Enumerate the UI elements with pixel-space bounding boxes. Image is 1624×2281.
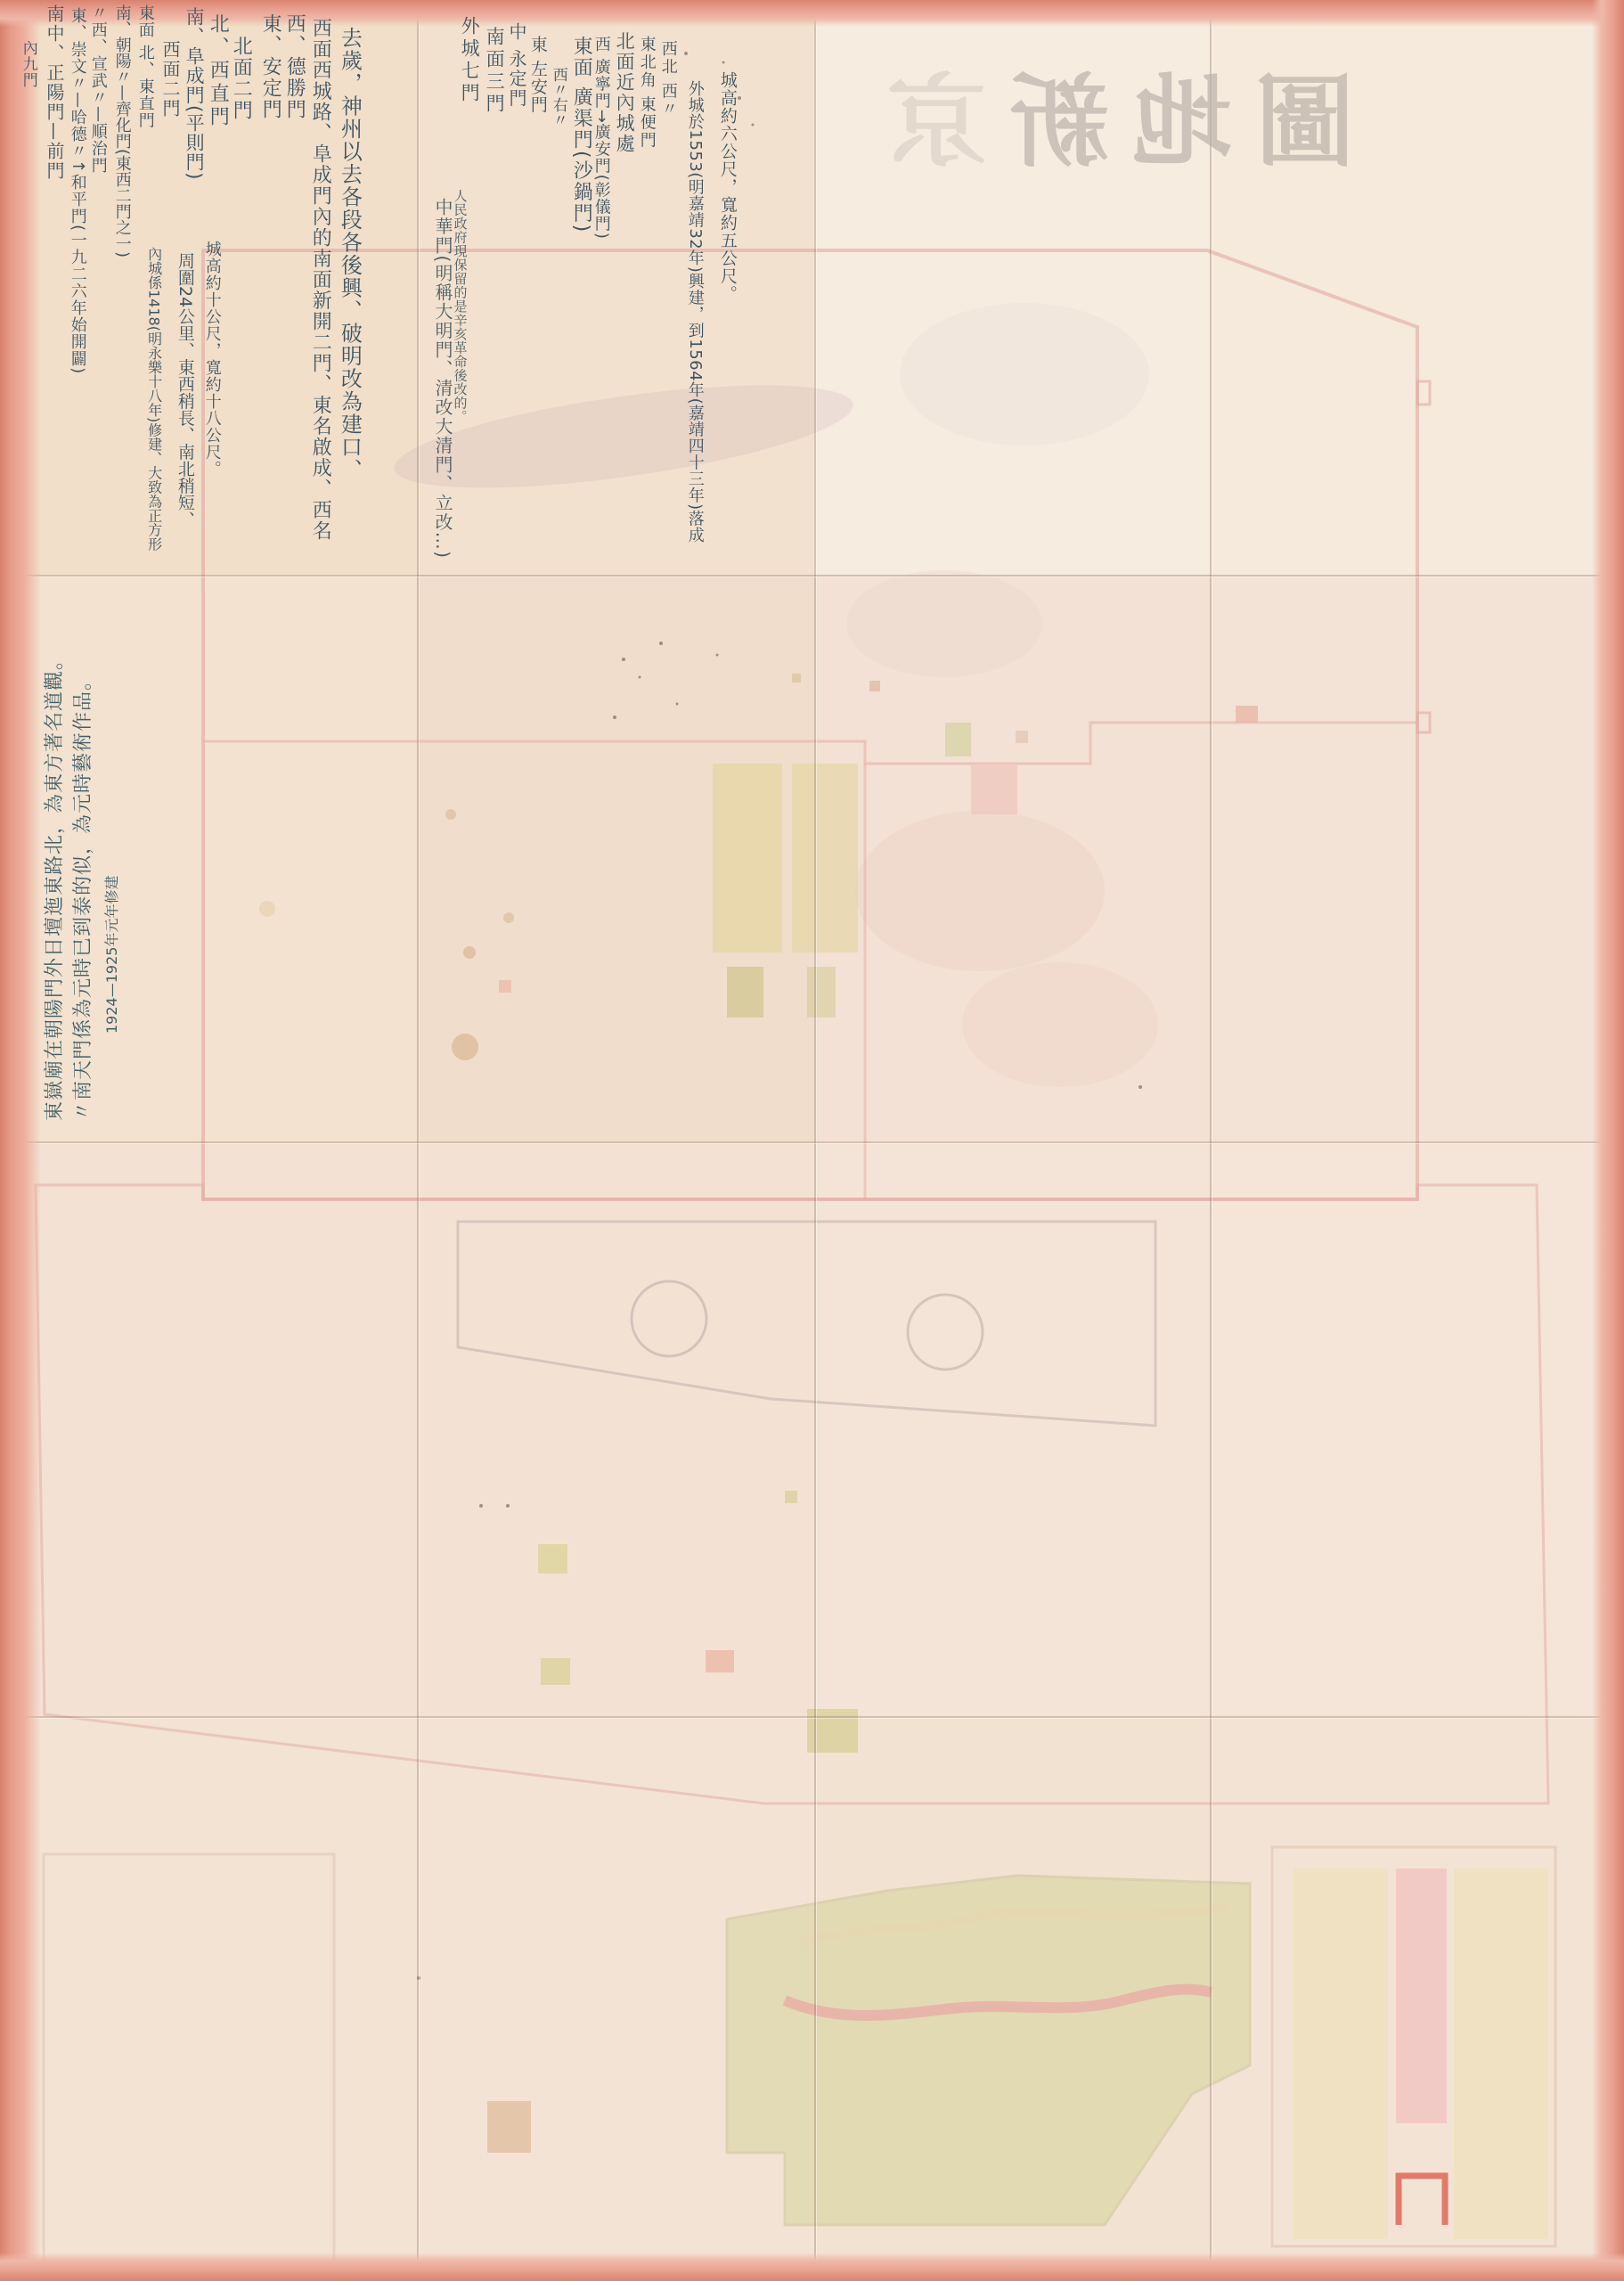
park-shading	[900, 303, 1149, 446]
note-column: 北面近內城處	[614, 31, 634, 154]
note-column: 東 左安門	[528, 36, 547, 113]
title-char: 地	[1132, 69, 1232, 176]
building-block	[945, 723, 971, 756]
hill-shading	[855, 811, 1105, 971]
note-column: 外城於1553(明嘉靖32年)興建，到1564年(嘉靖四十三年)落成	[686, 80, 704, 544]
stain	[259, 901, 275, 917]
title-char: 京	[886, 69, 986, 176]
note-column: 南、朝陽〃—齊化門(東西二門之一)	[113, 4, 131, 258]
red-border-left	[0, 0, 41, 2281]
note-column: 東北角 東便門	[638, 36, 656, 150]
imperial-city-outline	[203, 723, 1417, 764]
inset-yellow-area	[1293, 1868, 1388, 2239]
map-title-mirrored: 京 新 地 圖	[886, 69, 1355, 176]
building-block	[785, 1491, 797, 1503]
note-column: 東、崇文〃—哈德〃↑和平門(一九二六年始開闢)	[69, 7, 86, 374]
note-column: 中 永定門	[507, 22, 526, 108]
fold-line	[1210, 0, 1212, 2281]
red-border-bottom	[0, 2252, 1624, 2281]
palace-block	[792, 764, 858, 952]
temple-note: 1924—1925年元年修建	[100, 855, 125, 1034]
inset-yellow-area	[1454, 1868, 1548, 2239]
building-block	[538, 1544, 567, 1574]
hill-shading	[962, 962, 1158, 1087]
note-column: 東面 北、東直門	[136, 4, 154, 129]
inset-gate-symbol	[1399, 2176, 1445, 2225]
building-block	[706, 1650, 734, 1672]
note-column: 北、西直門	[207, 13, 228, 129]
gate-note: 人民政府現保留的是辛亥革命後改的。	[453, 189, 468, 424]
gate-notch	[1417, 713, 1430, 732]
building-block	[792, 674, 801, 683]
note-column: 南、阜成門(平則門)	[184, 7, 204, 180]
fold-line	[0, 1716, 1624, 1718]
note-column: 〃西、宣武〃—順治門	[89, 4, 107, 174]
note-summary: 內城係1418(明永樂十八年)修建、大致為正方形	[146, 247, 162, 551]
note-column: 西北 西〃	[659, 40, 677, 119]
gate-note: 中華門(明稱大明門、清改大清門、立改…)	[433, 198, 453, 560]
note-column: 東面 廣渠門(沙鍋門)	[570, 36, 592, 233]
note-column: 南中、正陽門—前門	[45, 4, 64, 181]
note-column: 城高約六公尺，寬約五公尺。	[718, 71, 737, 303]
park-shading	[846, 570, 1042, 677]
title-char: 圖	[1255, 69, 1355, 176]
note-heading-outer-gates: 外城七門	[459, 16, 479, 105]
note-summary: 城高約十公尺，寬約十八公尺。	[203, 241, 221, 478]
note-column: 西〃右〃	[550, 67, 567, 127]
building-block	[807, 967, 836, 1018]
stain	[503, 912, 514, 923]
building-block	[499, 980, 511, 993]
note-column: 北面二門	[230, 36, 251, 121]
note-summary: 周圍24公里、東西稍長、南北稍短、	[175, 252, 194, 527]
fold-line	[0, 575, 1624, 576]
temple-note: 〃南天門係為元時已到泰的似，為元時藝術作品。	[71, 666, 96, 1121]
summer-palace-inset	[727, 1876, 1250, 2225]
note-column: 南面三門	[484, 27, 504, 116]
building-block	[541, 1658, 570, 1685]
building-block	[971, 764, 1017, 814]
fold-line	[417, 0, 419, 2281]
building-block	[1016, 731, 1028, 743]
inset-pink-column	[1396, 1868, 1447, 2123]
map-reverse-sheet: 京 新 地 圖 內九門 南中、正陽門—前門 東、崇文〃—哈德〃↑和平門(一九二六…	[0, 0, 1624, 2281]
map-bleed-through	[0, 0, 1624, 2281]
note-column: 西面西城路、阜成門內的南面新開二門、東名啟成、西名	[309, 18, 331, 542]
altar-circle	[908, 1295, 983, 1369]
stain	[445, 809, 456, 820]
temple-note: 東嶽廟在朝陽門外日壇迤東路北，為東方著名道觀。	[43, 651, 68, 1121]
altar-circle	[632, 1281, 706, 1356]
stain	[452, 1034, 478, 1060]
note-column: 西 廣寧門→廣安門(彰儀門)	[592, 36, 610, 240]
red-border-right	[1592, 0, 1624, 2281]
fold-line	[814, 0, 816, 2281]
gate-notch	[1417, 381, 1430, 405]
inset-frame-left	[44, 1854, 334, 2261]
note-column: 東、安定門	[259, 13, 281, 120]
red-border-top	[0, 0, 1624, 27]
title-char: 新	[1009, 69, 1109, 176]
building-block	[869, 681, 880, 691]
temple-precinct-outline	[458, 1222, 1155, 1426]
building-block	[487, 2101, 531, 2153]
stain	[463, 946, 476, 959]
note-heading-inner-gates: 內九門	[20, 40, 37, 88]
note-column: 西、德勝門	[283, 13, 305, 120]
note-column: 西面二門	[160, 40, 180, 119]
building-block	[1236, 706, 1258, 723]
note-column: 去歲，神州以去各段各後興、破明改為建口、	[338, 27, 361, 481]
palace-block	[713, 764, 782, 952]
building-block	[727, 967, 763, 1018]
fold-line	[0, 1141, 1624, 1143]
